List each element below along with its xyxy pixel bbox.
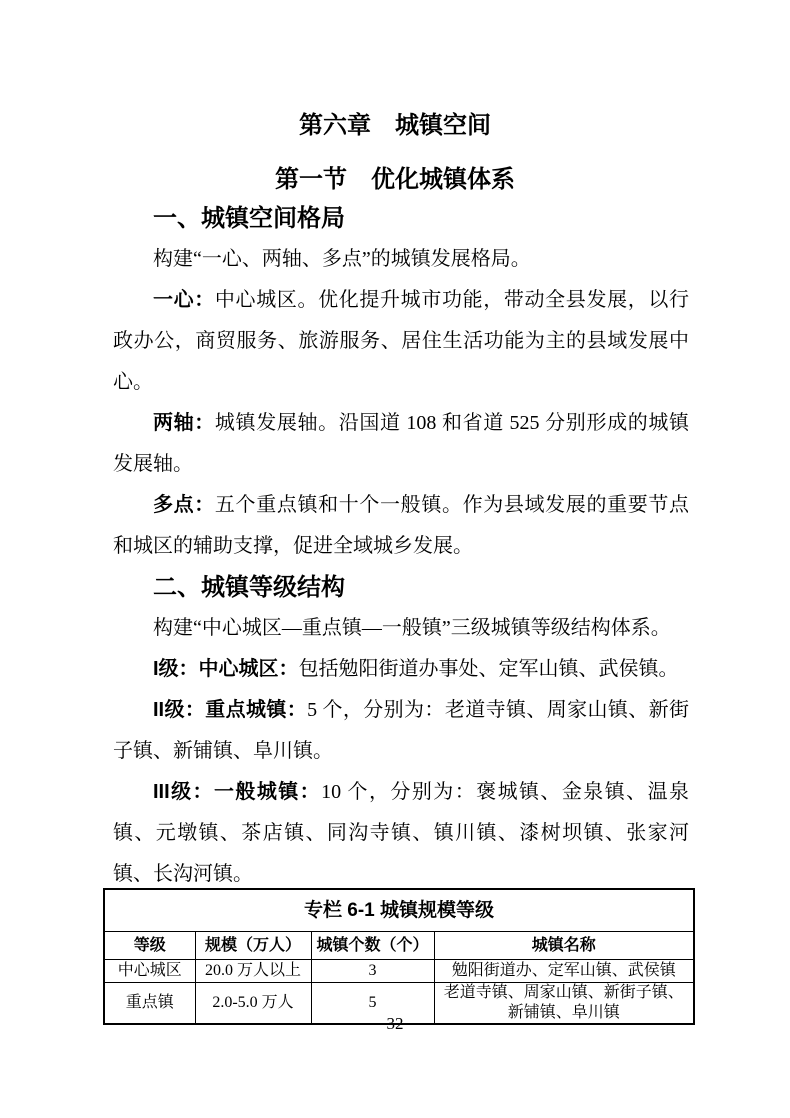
text-level-1: 包括勉阳街道办事处、定军山镇、武侯镇。	[299, 658, 679, 680]
lead-multi-points: 多点：	[153, 494, 215, 516]
paragraph-two-axes: 两轴：城镇发展轴。沿国道 108 和省道 525 分别形成的城镇发展轴。	[113, 403, 689, 485]
column-header-names: 城镇名称	[434, 932, 694, 960]
paragraph-multi-points: 多点：五个重点镇和十个一般镇。作为县域发展的重要节点和城区的辅助支撑，促进全域城…	[113, 485, 689, 567]
table-header-row: 等级 规模（万人） 城镇个数（个） 城镇名称	[104, 932, 694, 960]
paragraph-level-1: I级：中心城区：包括勉阳街道办事处、定军山镇、武侯镇。	[113, 649, 689, 690]
paragraph-pattern-intro: 构建“一心、两轴、多点”的城镇发展格局。	[113, 239, 689, 280]
cell-grade: 中心城区	[104, 960, 195, 983]
table-title: 专栏 6-1 城镇规模等级	[104, 889, 694, 932]
town-scale-table: 专栏 6-1 城镇规模等级 等级 规模（万人） 城镇个数（个） 城镇名称 中心城…	[103, 888, 695, 1025]
lead-level-1: I级：中心城区：	[153, 658, 299, 680]
lead-level-2: II级：重点城镇：	[153, 699, 307, 721]
paragraph-level-2: II级：重点城镇：5 个，分别为：老道寺镇、周家山镇、新街子镇、新铺镇、阜川镇。	[113, 690, 689, 772]
lead-one-center: 一心：	[153, 289, 215, 311]
table-title-row: 专栏 6-1 城镇规模等级	[104, 889, 694, 932]
paragraph-one-center: 一心：中心城区。优化提升城市功能，带动全县发展，以行政办公，商贸服务、旅游服务、…	[113, 280, 689, 403]
document-body: 一、城镇空间格局 构建“一心、两轴、多点”的城镇发展格局。 一心：中心城区。优化…	[113, 198, 689, 1025]
lead-level-3: III级：一般城镇：	[153, 781, 321, 803]
page-number: 32	[0, 1014, 790, 1034]
lead-two-axes: 两轴：	[153, 412, 215, 434]
cell-count: 3	[311, 960, 434, 983]
heading-urban-spatial-pattern: 一、城镇空间格局	[113, 198, 689, 239]
heading-town-hierarchy: 二、城镇等级结构	[113, 567, 689, 608]
column-header-grade: 等级	[104, 932, 195, 960]
paragraph-hierarchy-intro: 构建“中心城区—重点镇—一般镇”三级城镇等级结构体系。	[113, 608, 689, 649]
cell-scale: 20.0 万人以上	[195, 960, 311, 983]
chapter-title: 第六章 城镇空间	[0, 0, 790, 144]
column-header-scale: 规模（万人）	[195, 932, 311, 960]
section-title: 第一节 优化城镇体系	[0, 162, 790, 198]
document-page: 第六章 城镇空间 第一节 优化城镇体系 一、城镇空间格局 构建“一心、两轴、多点…	[0, 0, 790, 1118]
table-row: 中心城区 20.0 万人以上 3 勉阳街道办、定军山镇、武侯镇	[104, 960, 694, 983]
paragraph-level-3: III级：一般城镇：10 个，分别为：褒城镇、金泉镇、温泉镇、元墩镇、茶店镇、同…	[113, 772, 689, 895]
column-header-count: 城镇个数（个）	[311, 932, 434, 960]
cell-names: 勉阳街道办、定军山镇、武侯镇	[434, 960, 694, 983]
